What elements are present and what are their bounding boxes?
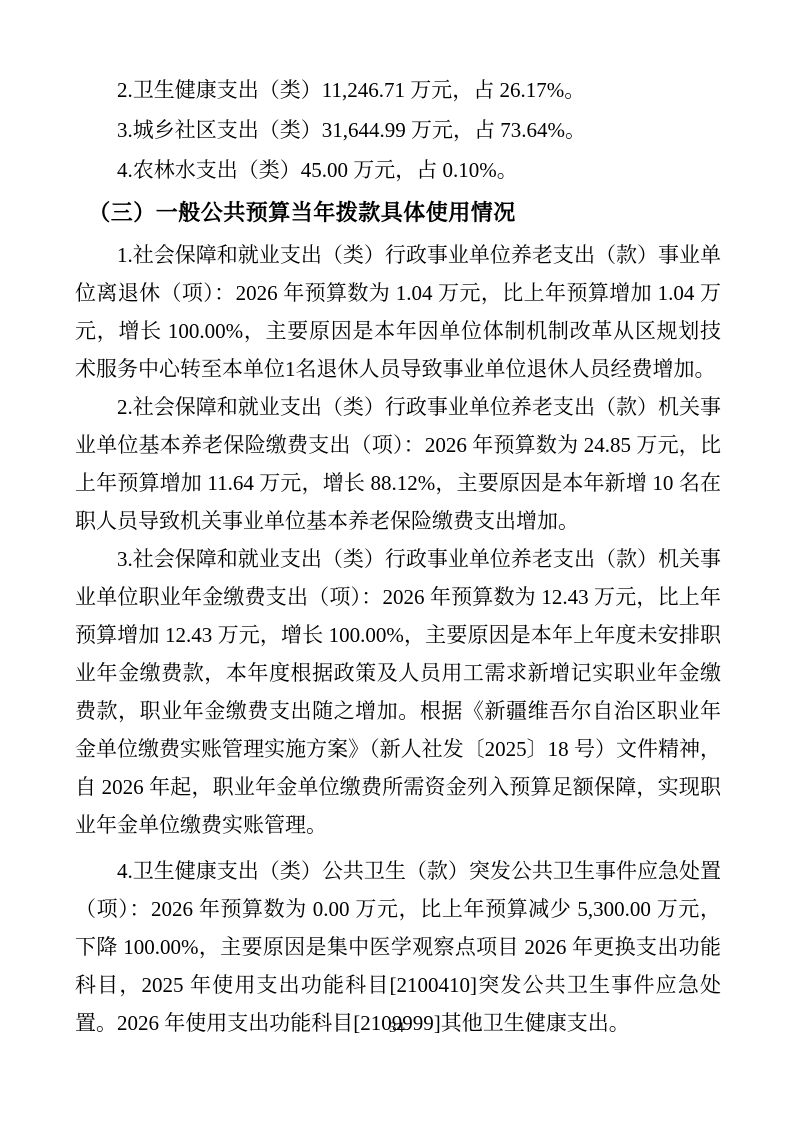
expense-list-item-health: 2.卫生健康支出（类）11,246.71 万元，占 26.17%。: [75, 70, 721, 110]
document-page: 2.卫生健康支出（类）11,246.71 万元，占 26.17%。 3.城乡社区…: [0, 0, 793, 1122]
expense-list-item-urban-rural: 3.城乡社区支出（类）31,644.99 万元，占 73.64%。: [75, 110, 721, 150]
paragraph-basic-pension-insurance: 2.社会保障和就业支出（类）行政事业单位养老支出（款）机关事业单位基本养老保险缴…: [75, 388, 721, 540]
section-heading: （三）一般公共预算当年拨款具体使用情况: [75, 190, 721, 236]
paragraph-social-security-retirement: 1.社会保障和就业支出（类）行政事业单位养老支出（款）事业单位离退休（项）：20…: [75, 236, 721, 388]
page-number: 34: [0, 1018, 793, 1038]
document-body: 2.卫生健康支出（类）11,246.71 万元，占 26.17%。 3.城乡社区…: [75, 70, 721, 1042]
paragraph-public-health-emergency: 4.卫生健康支出（类）公共卫生（款）突发公共卫生事件应急处置（项）：2026 年…: [75, 852, 721, 1042]
expense-list-item-agriculture: 4.农林水支出（类）45.00 万元，占 0.10%。: [75, 150, 721, 190]
paragraph-occupational-annuity: 3.社会保障和就业支出（类）行政事业单位养老支出（款）机关事业单位职业年金缴费支…: [75, 540, 721, 844]
